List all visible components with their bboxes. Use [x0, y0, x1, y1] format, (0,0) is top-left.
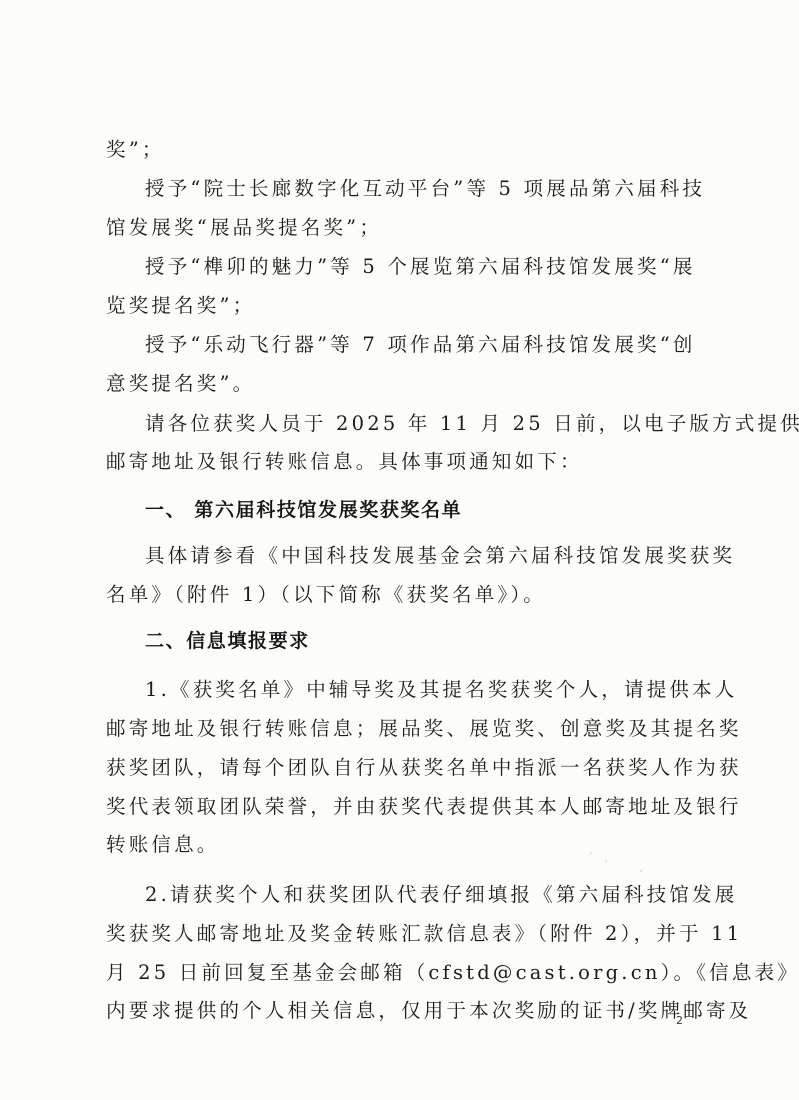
text-line: 览奖提名奖”；	[106, 293, 682, 319]
text-line: 意奖提名奖”。	[106, 371, 682, 397]
text-line: 授予“院士长廊数字化互动平台”等 5 项展品第六届科技	[145, 176, 682, 202]
scan-speck	[590, 852, 592, 854]
text-line: 授予“榫卯的魅力”等 5 个展览第六届科技馆发展奖“展	[145, 254, 682, 280]
text-line: 馆发展奖“展品奖提名奖”；	[106, 215, 682, 241]
section-heading: 一、 第六届科技馆发展奖获奖名单	[145, 497, 462, 523]
text-line: 1.《获奖名单》中辅导奖及其提名奖获奖个人，请提供本人	[145, 677, 682, 703]
text-line: 获奖团队，请每个团队自行从获奖名单中指派一名获奖人作为获	[106, 755, 682, 781]
text-line: 奖”；	[106, 137, 682, 163]
document-page: 奖”； 授予“院士长廊数字化互动平台”等 5 项展品第六届科技 馆发展奖“展品奖…	[0, 0, 799, 1100]
scan-speck	[640, 870, 642, 872]
text-line: 名单》（附件 1）（以下简称《获奖名单》）。	[106, 582, 682, 608]
page-number: 2	[676, 1014, 683, 1027]
text-line: 邮寄地址及银行转账信息；展品奖、展览奖、创意奖及其提名奖	[106, 716, 682, 742]
text-line: 请各位获奖人员于 2025 年 11 月 25 日前，以电子版方式提供	[145, 411, 682, 437]
section-heading: 二、信息填报要求	[145, 628, 310, 654]
text-line: 奖代表领取团队荣誉，并由获奖代表提供其本人邮寄地址及银行	[106, 794, 682, 820]
text-line: 奖获奖人邮寄地址及奖金转账汇款信息表》（附件 2），并于 11	[106, 921, 682, 947]
text-line: 内要求提供的个人相关信息，仅用于本次奖励的证书/奖牌邮寄及	[106, 998, 682, 1024]
text-line: 2.请获奖个人和获奖团队代表仔细填报《第六届科技馆发展	[145, 882, 682, 908]
text-line: 授予“乐动飞行器”等 7 项作品第六届科技馆发展奖“创	[145, 332, 682, 358]
text-line: 转账信息。	[106, 832, 682, 858]
scan-speck	[605, 860, 607, 862]
text-line: 具体请参看《中国科技发展基金会第六届科技馆发展奖获奖	[145, 543, 682, 569]
text-line: 月 25 日前回复至基金会邮箱（cfstd@cast.org.cn）。《信息表》	[106, 960, 682, 986]
scan-speck	[580, 434, 582, 436]
text-line: 邮寄地址及银行转账信息。具体事项通知如下：	[106, 449, 682, 475]
